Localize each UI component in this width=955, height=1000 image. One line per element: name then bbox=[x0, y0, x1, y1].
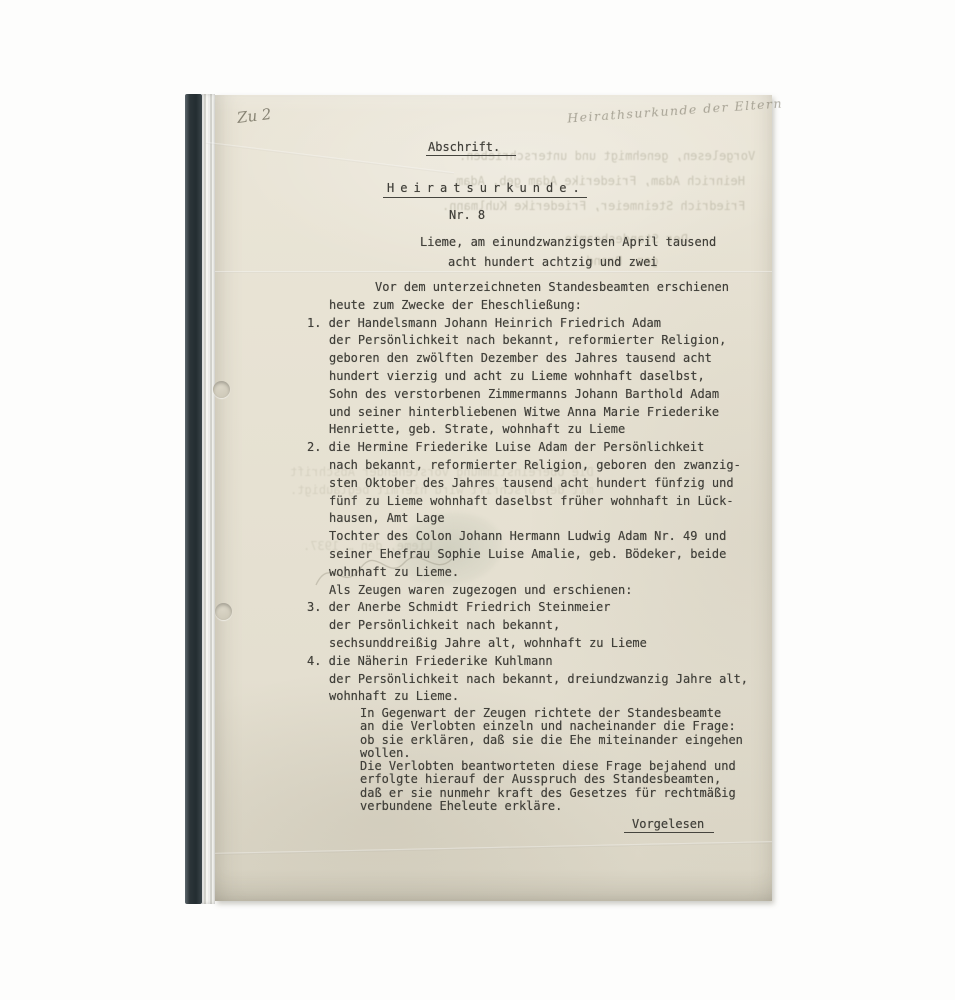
typed-line: Henriette, geb. Strate, wohnhaft zu Liem… bbox=[307, 421, 775, 439]
typed-line: daß er sie nunmehr kraft des Gesetzes fü… bbox=[360, 787, 760, 800]
binder-spine bbox=[185, 94, 202, 904]
typed-line: und seiner hinterbliebenen Witwe Anna Ma… bbox=[307, 404, 775, 422]
typed-line: 3. der Anerbe Schmidt Friedrich Steinmei… bbox=[307, 599, 775, 617]
typed-line: ob sie erklären, daß sie die Ehe miteina… bbox=[360, 734, 760, 747]
dateline-year: acht hundert achtzig und zwei bbox=[448, 255, 658, 269]
typed-line: heute zum Zwecke der Eheschließung: bbox=[307, 297, 775, 315]
typed-line: Vor dem unterzeichneten Standesbeamten e… bbox=[307, 279, 775, 297]
typed-line: 4. die Näherin Friederike Kuhlmann bbox=[307, 653, 775, 671]
typed-line: geboren den zwölften Dezember des Jahres… bbox=[307, 350, 775, 368]
punch-hole-top bbox=[213, 381, 230, 398]
typed-line: sechsunddreißig Jahre alt, wohnhaft zu L… bbox=[307, 635, 775, 653]
typed-line: wohnhaft zu Lieme. bbox=[307, 688, 775, 706]
bleedthrough-line: Friedrich Steinmeier, Friederike Kuhlman… bbox=[442, 199, 745, 213]
doc-title-heiratsurkunde: H e i r a t s u r k u n d e . bbox=[383, 181, 587, 198]
doc-label-abschrift: Abschrift. bbox=[426, 140, 516, 156]
typed-line: In Gegenwart der Zeugen richtete der Sta… bbox=[360, 707, 760, 720]
typed-line: der Persönlichkeit nach bekannt, bbox=[307, 617, 775, 635]
paper-crease bbox=[206, 142, 454, 174]
paper-crease bbox=[215, 841, 772, 855]
typed-line: hundert vierzig und acht zu Lieme wohnha… bbox=[307, 368, 775, 386]
typed-line: der Persönlichkeit nach bekannt, dreiund… bbox=[307, 671, 775, 689]
paper-crease bbox=[215, 271, 772, 273]
typed-line: Sohn des verstorbenen Zimmermanns Johann… bbox=[307, 386, 775, 404]
typed-line: Tochter des Colon Johann Hermann Ludwig … bbox=[307, 528, 775, 546]
signoff-vorgelesen: Vorgelesen bbox=[624, 817, 714, 833]
pencil-note-top-right: Heirathsurkunde der Eltern bbox=[567, 95, 784, 125]
body-text: Vor dem unterzeichneten Standesbeamten e… bbox=[307, 279, 775, 706]
typed-line: Als Zeugen waren zugezogen und erschiene… bbox=[307, 582, 775, 600]
typed-line: verbundene Eheleute erkläre. bbox=[360, 800, 760, 813]
pencil-note-top-left: Zu 2 bbox=[236, 105, 272, 127]
typed-line: wohnhaft zu Lieme. bbox=[307, 564, 775, 582]
punch-hole-bottom bbox=[215, 603, 232, 620]
doc-number: Nr. 8 bbox=[449, 208, 485, 222]
document-photo: Vorgelesen, genehmigt und unterschrieben… bbox=[185, 90, 777, 908]
typed-line: hausen, Amt Lage bbox=[307, 510, 775, 528]
typed-line: seiner Ehefrau Sophie Luise Amalie, geb.… bbox=[307, 546, 775, 564]
typed-line: nach bekannt, reformierter Religion, geb… bbox=[307, 457, 775, 475]
plastic-sleeve-edge bbox=[202, 94, 215, 904]
certificate-page: Vorgelesen, genehmigt und unterschrieben… bbox=[215, 95, 772, 901]
typed-line: 2. die Hermine Friederike Luise Adam der… bbox=[307, 439, 775, 457]
typed-line: sten Oktober des Jahres tausend acht hun… bbox=[307, 475, 775, 493]
typed-line: erfolgte hierauf der Ausspruch des Stand… bbox=[360, 773, 760, 786]
typed-line: an die Verlobten einzeln und nacheinande… bbox=[360, 720, 760, 733]
typed-line: Die Verlobten beantworteten diese Frage … bbox=[360, 760, 760, 773]
typed-line: der Persönlichkeit nach bekannt, reformi… bbox=[307, 332, 775, 350]
typed-line: wollen. bbox=[360, 747, 760, 760]
scan-of-marriage-certificate: { "colors": { "paper": "#e7e2d3", "ink":… bbox=[0, 0, 955, 1000]
dateline-place-date: Lieme, am einundzwanzigsten April tausen… bbox=[420, 235, 716, 249]
typed-line: fünf zu Lieme wohnhaft daselbst früher w… bbox=[307, 493, 775, 511]
typed-line: 1. der Handelsmann Johann Heinrich Fried… bbox=[307, 315, 775, 333]
closing-text: In Gegenwart der Zeugen richtete der Sta… bbox=[360, 707, 760, 813]
